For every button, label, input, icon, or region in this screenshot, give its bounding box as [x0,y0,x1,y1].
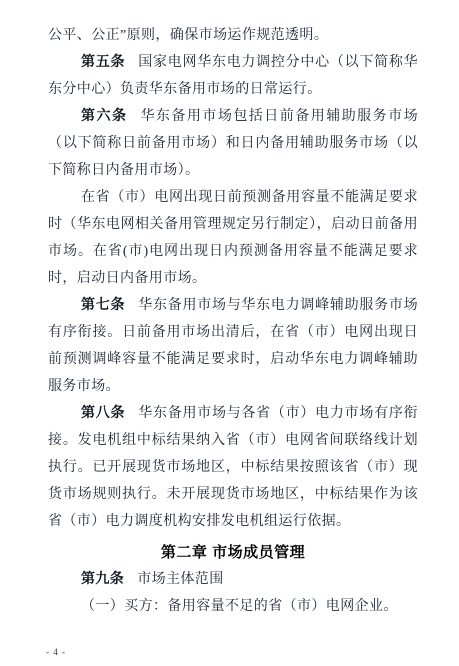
article-6-paragraph: 第六条华东备用市场包括日前备用辅助服务市场（以下简称日前备用市场）和日内备用辅助… [48,103,418,184]
document-page: 公平、公正”原则，确保市场运作规范透明。 第五条国家电网华东电力调控分中心（以下… [0,0,459,666]
reserve-market-trigger-paragraph: 在省（市）电网出现日前预测备用容量不能满足要求时（华东电网相关备用管理规定另行制… [48,184,418,292]
chapter-2-heading: 第二章 市场成员管理 [48,539,418,566]
document-body: 公平、公正”原则，确保市场运作规范透明。 第五条国家电网华东电力调控分中心（以下… [48,22,418,620]
page-number: - 4 - [46,647,66,657]
article-9-label: 第九条 [81,572,124,587]
article-9-text: 市场主体范围 [137,572,223,587]
article-7-paragraph: 第七条华东备用市场与华东电力调峰辅助服务市场有序衔接。日前备用市场出清后，在省（… [48,292,418,400]
paragraph-continuation: 公平、公正”原则，确保市场运作规范透明。 [48,22,418,49]
paragraph-text: 在省（市）电网出现日前预测备用容量不能满足要求时（华东电网相关备用管理规定另行制… [48,190,418,286]
article-6-label: 第六条 [81,109,127,124]
article-5-label: 第五条 [81,55,125,70]
article-8-paragraph: 第八条华东备用市场与各省（市）电力市场有序衔接。发电机组中标结果纳入省（市）电网… [48,400,418,535]
article-7-label: 第七条 [81,298,125,313]
article-8-text: 华东备用市场与各省（市）电力市场有序衔接。发电机组中标结果纳入省（市）电网省间联… [48,406,418,529]
article-9-paragraph: 第九条市场主体范围 [48,566,418,593]
article-8-label: 第八条 [81,406,125,421]
article-5-paragraph: 第五条国家电网华东电力调控分中心（以下简称华东分中心）负责华东备用市场的日常运行… [48,49,418,103]
list-item-buyer: （一）买方：备用容量不足的省（市）电网企业。 [48,593,418,620]
list-item-text: （一）买方：备用容量不足的省（市）电网企业。 [81,599,398,614]
paragraph-text: 公平、公正”原则，确保市场运作规范透明。 [48,28,328,43]
